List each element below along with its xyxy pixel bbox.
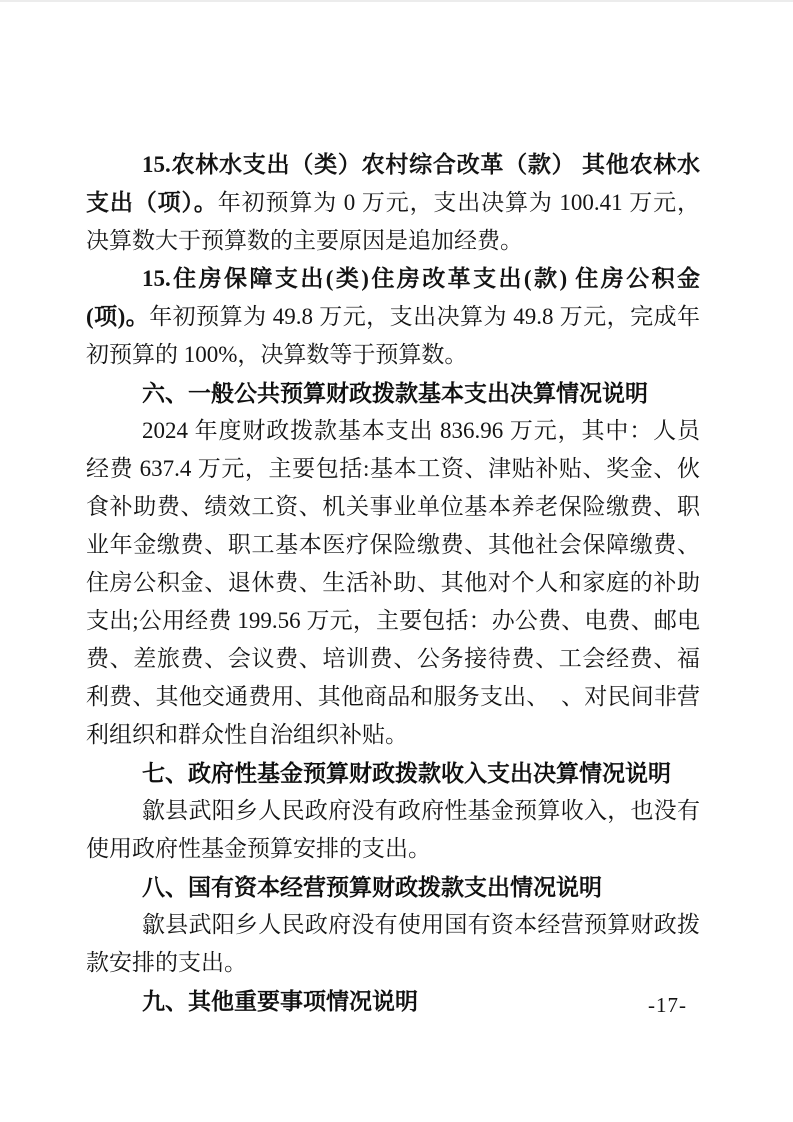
paragraph-basic-expenditure-detail: 2024 年度财政拨款基本支出 836.96 万元，其中：人员经费 637.4 … [86,412,700,754]
paragraph-state-capital-statement: 歙县武阳乡人民政府没有使用国有资本经营预算财政拨款安排的支出。 [86,906,700,982]
paragraph-body-text: 歙县武阳乡人民政府没有政府性基金预算收入，也没有使用政府性基金预算安排的支出。 [86,798,700,861]
paragraph-housing-expense-item: 15.住房保障支出(类)住房改革支出(款) 住房公积金(项)。年初预算为 49.… [86,260,700,374]
section-heading-six: 六、一般公共预算财政拨款基本支出决算情况说明 [86,374,700,412]
section-heading-nine: 九、其他重要事项情况说明 [86,982,700,1020]
document-page: 15.农林水支出（类）农村综合改革（款） 其他农林水支出（项）。年初预算为 0 … [0,0,793,1122]
paragraph-body-text: 年初预算为 49.8 万元，支出决算为 49.8 万元，完成年初预算的 100%… [86,304,700,367]
paragraph-agriculture-expense-item: 15.农林水支出（类）农村综合改革（款） 其他农林水支出（项）。年初预算为 0 … [86,146,700,260]
paragraph-body-text: 2024 年度财政拨款基本支出 836.96 万元，其中：人员经费 637.4 … [86,418,700,747]
scan-artifact-top-edge [0,0,793,2]
paragraph-body-text: 歙县武阳乡人民政府没有使用国有资本经营预算财政拨款安排的支出。 [86,912,700,975]
section-heading-eight: 八、国有资本经营预算财政拨款支出情况说明 [86,868,700,906]
document-body: 15.农林水支出（类）农村综合改革（款） 其他农林水支出（项）。年初预算为 0 … [86,146,700,1020]
page-number: -17- [648,993,687,1018]
section-heading-seven: 七、政府性基金预算财政拨款收入支出决算情况说明 [86,754,700,792]
paragraph-government-fund-statement: 歙县武阳乡人民政府没有政府性基金预算收入，也没有使用政府性基金预算安排的支出。 [86,792,700,868]
